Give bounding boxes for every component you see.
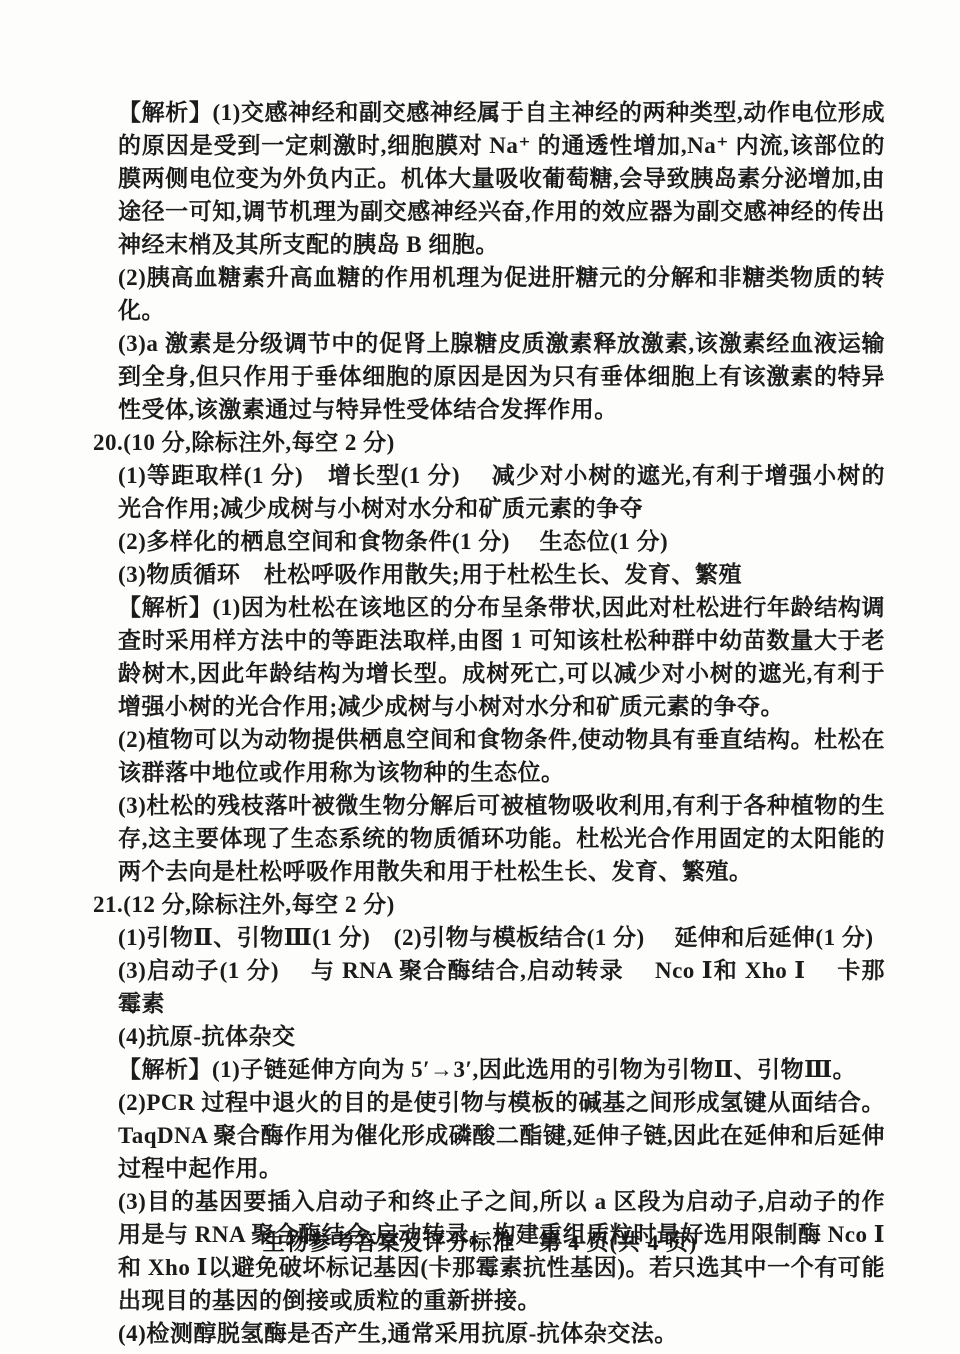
question-20-header: 20.(10 分,除标注外,每空 2 分) <box>93 426 885 459</box>
page-footer: 生物参考答案及评分标准 第 4 页(共 4 页) <box>0 1228 960 1258</box>
question-number: 21. <box>93 892 123 917</box>
analysis-paragraph: (3)a 激素是分级调节中的促肾上腺糖皮质激素释放激素,该激素经血液运输到全身,… <box>118 327 885 426</box>
question-19-analysis-section: 【解析】(1)交感神经和副交感神经属于自主神经的两种类型,动作电位形成的原因是受… <box>93 96 885 426</box>
question-21-header: 21.(12 分,除标注外,每空 2 分) <box>93 888 885 921</box>
answer-line: (1)等距取样(1 分) 增长型(1 分) 减少对小树的遮光,有利于增强小树的光… <box>118 459 885 525</box>
analysis-paragraph: (3)杜松的残枝落叶被微生物分解后可被植物吸收利用,有利于各种植物的生存,这主要… <box>118 789 885 888</box>
question-20-section: 20.(10 分,除标注外,每空 2 分) (1)等距取样(1 分) 增长型(1… <box>93 426 885 888</box>
answer-line: (4)抗原-抗体杂交 <box>118 1020 885 1053</box>
exam-answer-page: 【解析】(1)交感神经和副交感神经属于自主神经的两种类型,动作电位形成的原因是受… <box>0 0 960 1354</box>
page-footer-text: 生物参考答案及评分标准 第 4 页(共 4 页) <box>263 1230 698 1255</box>
answer-line: (3)物质循环 杜松呼吸作用散失;用于杜松生长、发育、繁殖 <box>118 558 885 591</box>
analysis-paragraph: 【解析】(1)交感神经和副交感神经属于自主神经的两种类型,动作电位形成的原因是受… <box>118 96 885 261</box>
question-number: 20. <box>93 430 123 455</box>
answer-line: (3)启动子(1 分) 与 RNA 聚合酶结合,启动转录 Nco Ⅰ和 Xho … <box>118 954 885 1020</box>
question-score-note: (12 分,除标注外,每空 2 分) <box>123 892 395 917</box>
analysis-paragraph: (2)植物可以为动物提供栖息空间和食物条件,使动物具有垂直结构。杜松在该群落中地… <box>118 723 885 789</box>
answer-line: (1)引物Ⅱ、引物Ⅲ(1 分) (2)引物与模板结合(1 分) 延伸和后延伸(1… <box>118 921 885 954</box>
analysis-paragraph: 【解析】(1)因为杜松在该地区的分布呈条带状,因此对杜松进行年龄结构调查时采用样… <box>118 591 885 723</box>
analysis-paragraph: (2)PCR 过程中退火的目的是使引物与模板的碱基之间形成氢键从面结合。TaqD… <box>118 1086 885 1185</box>
analysis-paragraph: 【解析】(1)子链延伸方向为 5′→3′,因此选用的引物为引物Ⅱ、引物Ⅲ。 <box>118 1053 885 1086</box>
analysis-paragraph: (4)检测醇脱氢酶是否产生,通常采用抗原-抗体杂交法。 <box>118 1317 885 1350</box>
page-content: 【解析】(1)交感神经和副交感神经属于自主神经的两种类型,动作电位形成的原因是受… <box>93 96 885 1350</box>
question-score-note: (10 分,除标注外,每空 2 分) <box>123 430 395 455</box>
analysis-paragraph: (2)胰高血糖素升高血糖的作用机理为促进肝糖元的分解和非糖类物质的转化。 <box>118 261 885 327</box>
answer-line: (2)多样化的栖息空间和食物条件(1 分) 生态位(1 分) <box>118 525 885 558</box>
question-21-section: 21.(12 分,除标注外,每空 2 分) (1)引物Ⅱ、引物Ⅲ(1 分) (2… <box>93 888 885 1350</box>
